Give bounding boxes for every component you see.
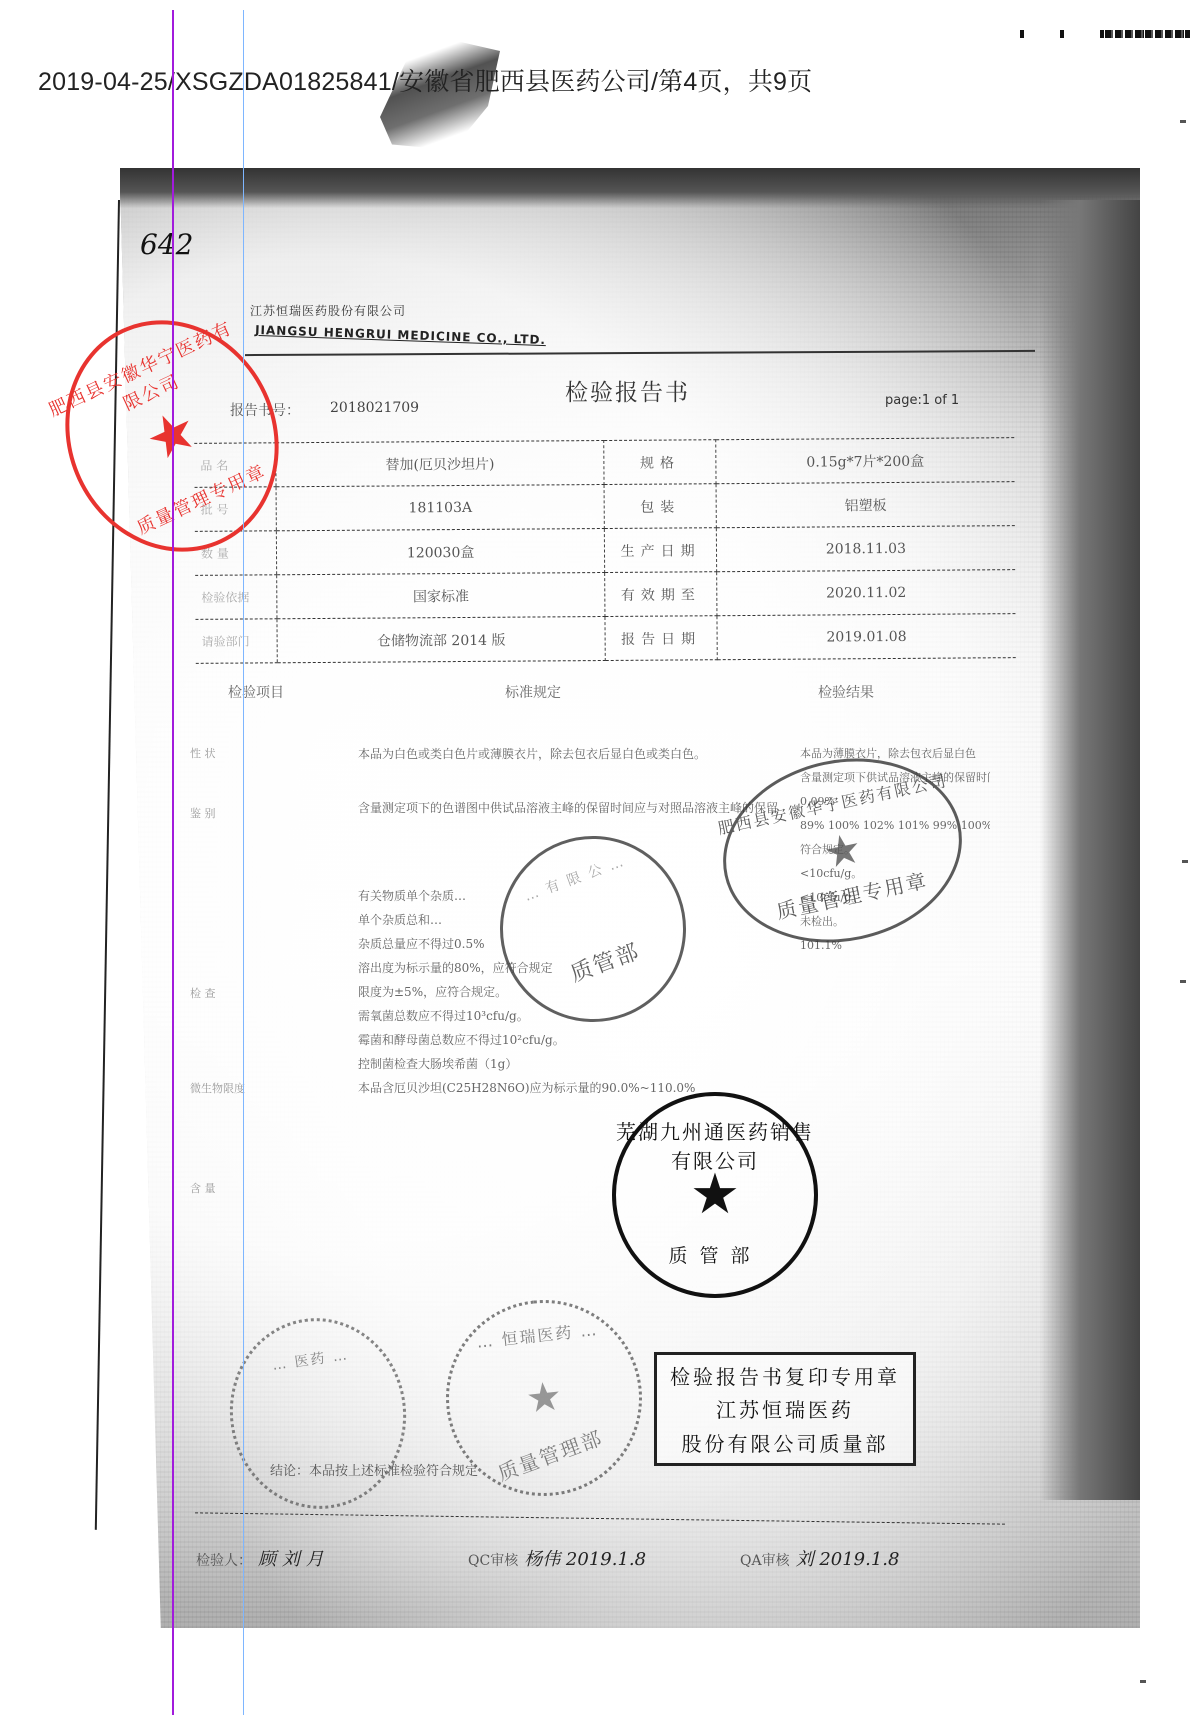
row-value-cell: 181103A xyxy=(276,485,605,531)
row-value-cell: 国家标准 xyxy=(277,573,606,619)
scan-tick xyxy=(1140,1680,1146,1683)
row-label2-cell: 生产日期 xyxy=(605,528,717,573)
row-label: 鉴 别 xyxy=(190,805,216,821)
table-row: 数 量120030盒生产日期2018.11.03 xyxy=(195,526,1015,576)
inspector-sign: 顾 刘 月 xyxy=(258,1549,323,1570)
row-value2-cell: 2019.01.08 xyxy=(717,614,1016,660)
qc-signature: QC审核杨伟 2019.1.8 xyxy=(468,1545,646,1571)
scan-artifact-marks-dense xyxy=(1105,30,1190,38)
row-label-cell: 检验依据 xyxy=(195,575,277,620)
report-number: 2018021709 xyxy=(330,400,419,416)
section-header-standard: 标准规定 xyxy=(505,682,561,702)
scan-tick xyxy=(1182,860,1188,863)
row-value-cell: 120030盒 xyxy=(276,529,605,575)
standard-line: 控制菌检查大肠埃希菌（1g） xyxy=(358,1052,778,1076)
document-header-line: 2019-04-25/XSGZDA01825841/安徽省肥西县医药公司/第4页… xyxy=(38,62,812,98)
document-title: 检验报告书 xyxy=(565,374,690,407)
section-header-result: 检验结果 xyxy=(818,682,874,702)
stamp-line: 检验报告书复印专用章 xyxy=(670,1361,900,1390)
row-label: 检 查 xyxy=(190,985,216,1001)
handwritten-number: 642 xyxy=(140,228,193,261)
row-value2-cell: 2020.11.02 xyxy=(716,570,1015,616)
row-value2-cell: 2018.11.03 xyxy=(716,526,1015,572)
stamp-ring-text: 芜湖九州通医药销售有限公司 xyxy=(616,1116,814,1174)
company-name-cn: 江苏恒瑞医药股份有限公司 xyxy=(250,302,406,319)
stamp-line: 股份有限公司质量部 xyxy=(682,1428,889,1457)
page-number: page:1 of 1 xyxy=(885,393,959,408)
row-label: 含 量 xyxy=(190,1180,216,1196)
row-value-cell: 仓储物流部 2014 版 xyxy=(277,617,606,663)
stamp-line: 江苏恒瑞医药 xyxy=(716,1394,854,1423)
qc-sign: 杨伟 2019.1.8 xyxy=(524,1549,646,1570)
margin-guide-line-magenta xyxy=(172,10,174,1715)
stamp-ring-text: 质管部 xyxy=(616,1241,814,1268)
row-label2-cell: 报告日期 xyxy=(605,616,717,661)
qa-label: QA审核 xyxy=(740,1553,790,1569)
scan-shadow-right xyxy=(1040,200,1140,1500)
inspector-signature: 检验人：顾 刘 月 xyxy=(196,1545,323,1571)
section-header-items: 检验项目 xyxy=(228,682,284,702)
row-label-cell: 请验部门 xyxy=(195,619,277,664)
table-row: 批 号181103A包装铝塑板 xyxy=(195,482,1015,532)
table-row: 品 名替加(厄贝沙坦片)规格0.15g*7片*200盒 xyxy=(194,438,1014,488)
row-label2-cell: 规格 xyxy=(604,440,716,485)
table-row: 检验依据国家标准有效期至2020.11.02 xyxy=(195,570,1015,620)
row-label2-cell: 有效期至 xyxy=(605,572,717,617)
row-label: 性 状 xyxy=(190,745,216,761)
scan-tick xyxy=(1180,980,1186,983)
qc-label: QC审核 xyxy=(468,1553,518,1569)
black-company-stamp: 芜湖九州通医药销售有限公司 ★ 质管部 xyxy=(612,1092,818,1298)
scan-shadow-top xyxy=(120,168,1140,208)
row-label2-cell: 包装 xyxy=(604,484,716,529)
scan-tick xyxy=(1180,120,1186,123)
product-info-table: 品 名替加(厄贝沙坦片)规格0.15g*7片*200盒批 号181103A包装铝… xyxy=(194,437,1016,664)
copy-certification-stamp: 检验报告书复印专用章 江苏恒瑞医药 股份有限公司质量部 xyxy=(654,1352,916,1466)
row-label: 微生物限度 xyxy=(190,1080,245,1096)
qa-signature: QA审核刘 2019.1.8 xyxy=(740,1545,899,1571)
standard-line: 霉菌和酵母菌总数应不得过10²cfu/g。 xyxy=(358,1028,778,1052)
standard-line xyxy=(358,766,778,796)
row-value2-cell: 铝塑板 xyxy=(716,482,1015,528)
qa-sign: 刘 2019.1.8 xyxy=(796,1549,900,1570)
table-row: 请验部门仓储物流部 2014 版报告日期2019.01.08 xyxy=(195,614,1015,664)
standard-line: 本品为白色或类白色片或薄膜衣片，除去包衣后显白色或类白色。 xyxy=(358,742,778,766)
star-icon: ★ xyxy=(524,1376,564,1420)
row-value-cell: 替加(厄贝沙坦片) xyxy=(276,441,605,487)
star-icon: ★ xyxy=(820,826,866,875)
row-value2-cell: 0.15g*7片*200盒 xyxy=(716,438,1015,484)
margin-guide-line-blue xyxy=(243,10,244,1715)
star-icon: ★ xyxy=(690,1167,740,1223)
